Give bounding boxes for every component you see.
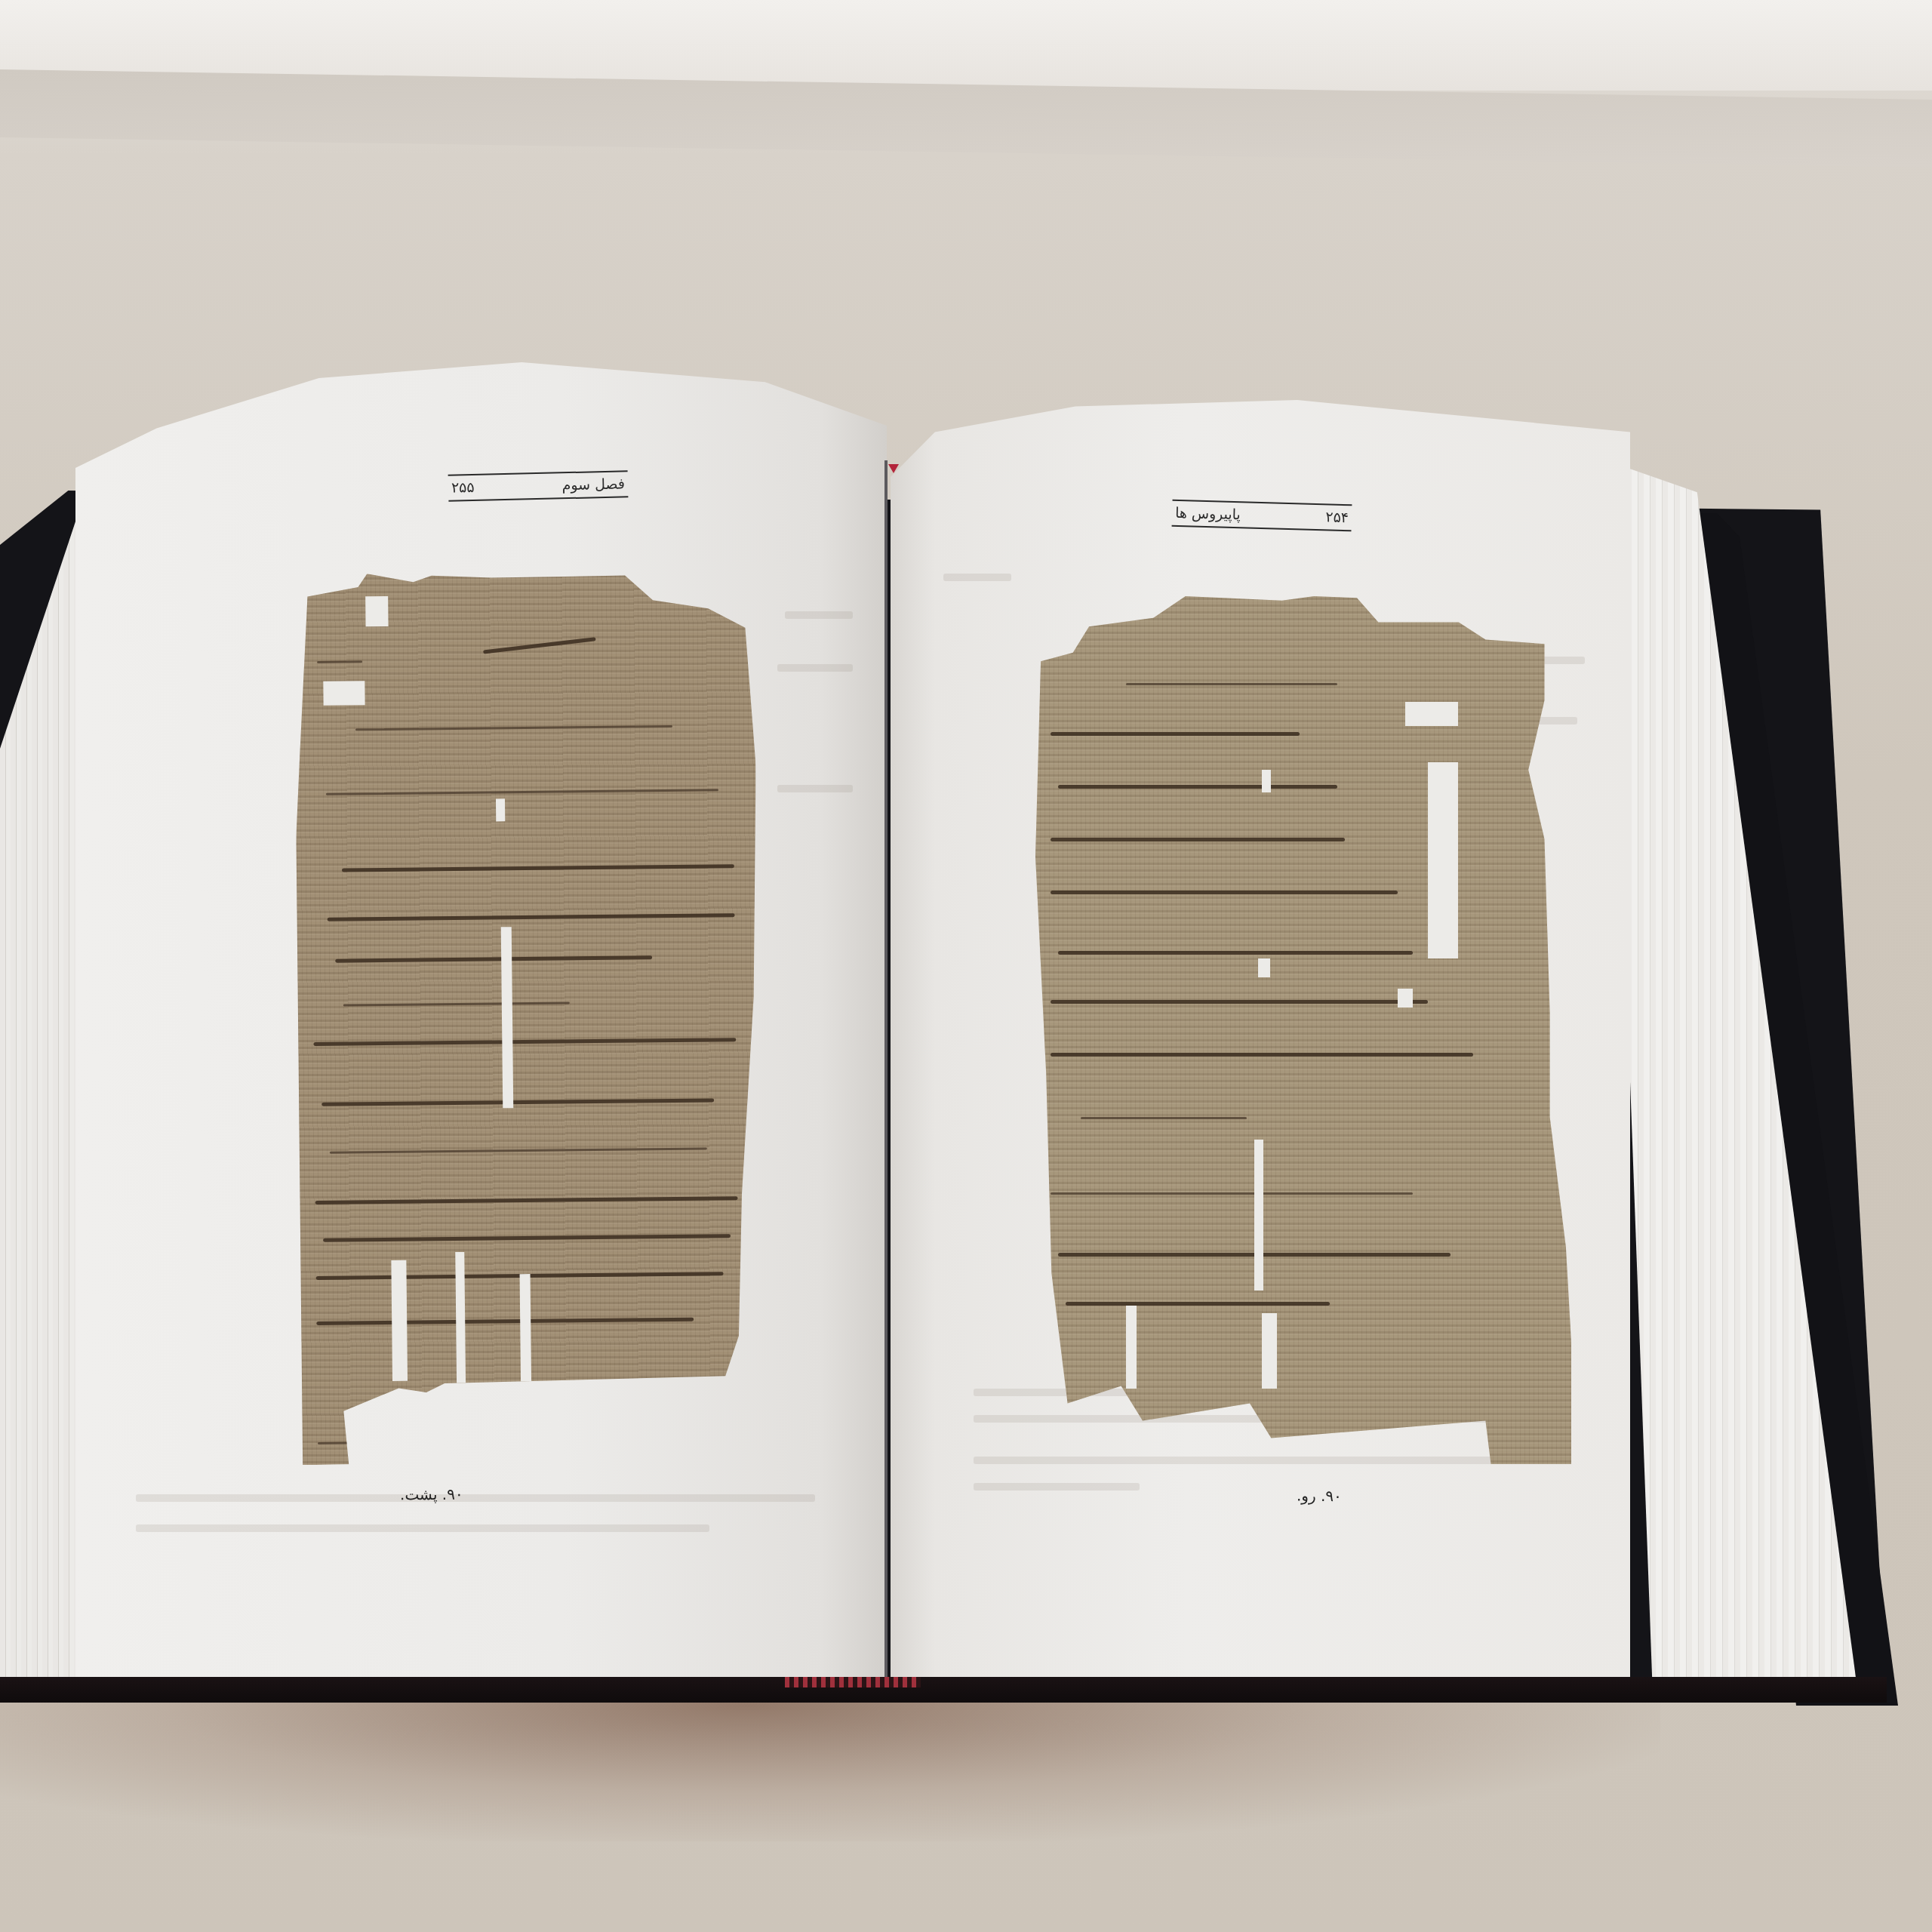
show-through-text: [136, 1494, 815, 1502]
book-bottom-edge: [0, 1677, 1887, 1703]
book-gutter: [884, 460, 888, 1683]
papyrus-gap: [323, 681, 365, 706]
show-through-text: [785, 611, 853, 619]
ink-line: [343, 1001, 570, 1006]
ink-line: [355, 725, 672, 731]
papyrus-gap: [520, 1274, 532, 1395]
papyrus-gap: [496, 798, 505, 821]
papyrus-gap: [1126, 1306, 1137, 1389]
running-header-right: ۲۵۴ پاپیروس ها: [1172, 500, 1352, 532]
ink-line: [321, 1098, 714, 1106]
papyrus-gap: [455, 1252, 466, 1395]
chapter-title: فصل سوم: [561, 475, 625, 494]
show-through-text: [974, 1457, 1547, 1464]
papyrus-recto-image: [1035, 596, 1571, 1464]
papyrus-gap: [365, 596, 388, 626]
running-header-left: فصل سوم ۲۵۵: [448, 470, 629, 501]
ink-line: [316, 1318, 694, 1325]
headband: [785, 1677, 921, 1687]
ink-line: [483, 637, 596, 654]
papyrus-gap: [1405, 702, 1458, 726]
book-shadow: [0, 1690, 1660, 1841]
ink-line: [1066, 1302, 1330, 1306]
figure-caption-verso: ۹۰. پشت.: [400, 1485, 463, 1504]
ink-line: [1058, 785, 1337, 789]
ink-line: [1051, 732, 1300, 736]
show-through-text: [943, 574, 1011, 581]
papyrus-gap: [1262, 1313, 1277, 1389]
papyrus-gap: [501, 927, 514, 1108]
ink-line: [328, 913, 735, 921]
ink-line: [1051, 1053, 1473, 1057]
papyrus-gap: [1258, 958, 1270, 977]
ink-line: [1058, 951, 1413, 955]
papyrus-gap: [391, 1260, 408, 1381]
ink-line: [315, 1196, 738, 1204]
ink-line: [1051, 1000, 1428, 1004]
page-number: ۲۵۴: [1325, 509, 1349, 526]
ink-line: [313, 1038, 736, 1046]
ink-line: [1051, 891, 1398, 894]
ink-line: [1051, 1192, 1413, 1195]
show-through-text: [974, 1483, 1140, 1491]
ink-line: [326, 789, 718, 795]
show-through-text: [777, 664, 853, 672]
ink-line: [335, 955, 652, 962]
ink-line: [1081, 1117, 1247, 1119]
figure-caption-recto: ۹۰. رو.: [1297, 1487, 1342, 1506]
section-title: پاپیروس ها: [1175, 505, 1241, 523]
papyrus-gap: [1262, 770, 1271, 792]
page-number: ۲۵۵: [451, 479, 475, 497]
papyrus-gap: [1398, 989, 1413, 1008]
show-through-text: [777, 785, 853, 792]
papyrus-gap: [1428, 762, 1458, 958]
papyrus-verso-image: [294, 570, 763, 1465]
ink-line: [1126, 683, 1337, 685]
ink-line: [317, 660, 362, 663]
ink-line: [330, 1148, 707, 1154]
papyrus-gap: [1254, 1140, 1263, 1291]
ink-line: [1051, 838, 1345, 841]
ink-line: [342, 864, 734, 872]
show-through-text: [136, 1524, 709, 1532]
ink-line: [323, 1234, 731, 1242]
bookmark-ribbon: [888, 464, 899, 473]
